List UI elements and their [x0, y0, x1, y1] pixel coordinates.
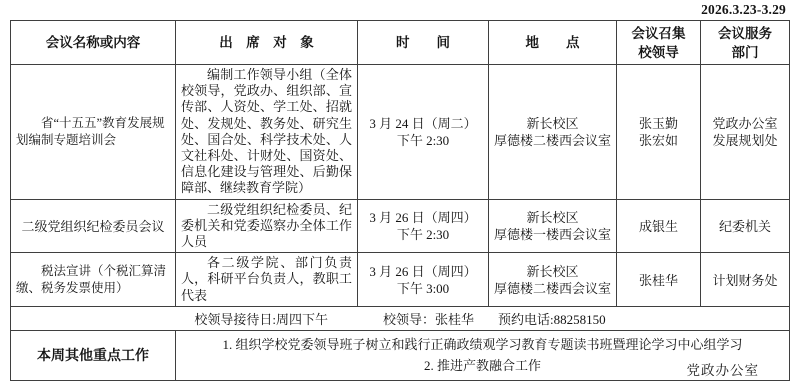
- service-dept-1: 党政办公室: [706, 115, 784, 132]
- time-cell: 3 月 26 日（周四） 下午 3:00: [358, 253, 489, 307]
- leader-name-1: 张玉勤: [622, 115, 695, 132]
- reception-day-row: 校领导接待日:周四下午校领导：张桂华预约电话:88258150: [11, 306, 790, 330]
- header-service-dept-line1: 会议服务: [706, 24, 784, 43]
- service-dept-2: 发展规划处: [706, 132, 784, 149]
- header-attendees: 出 席 对 象: [176, 21, 358, 65]
- header-time: 时 间: [358, 21, 489, 65]
- attendees-cell: 二级党组织纪检委员、纪委机关和党委巡察办全体工作人员: [176, 199, 358, 253]
- leader-name-2: 张宏如: [622, 132, 695, 149]
- reception-phone-text: 预约电话:88258150: [498, 312, 606, 327]
- meeting-row-3: 税法宣讲（个税汇算清缴、税务发票使用） 各二级学院、部门负责人，科研平台负责人，…: [11, 253, 790, 307]
- attendees-text: 编制工作领导小组（全体校领导，党政办、组织部、宣传部、人资处、学工处、招就处、发…: [181, 67, 352, 197]
- header-meeting-name: 会议名称或内容: [11, 21, 176, 65]
- meeting-name-cell: 二级党组织纪检委员会议: [11, 199, 176, 253]
- place-campus: 新长校区: [494, 263, 611, 280]
- time-hour: 下午 2:30: [363, 132, 483, 149]
- weekly-meeting-schedule-page: 2026.3.23-3.29 会议名称或内容 出 席 对 象 时 间 地 点 会…: [0, 0, 799, 382]
- header-service-dept: 会议服务 部门: [701, 21, 790, 65]
- header-convening-leader-line1: 会议召集: [622, 24, 695, 43]
- table-header-row: 会议名称或内容 出 席 对 象 时 间 地 点 会议召集 校领导 会议服务 部门: [11, 21, 790, 65]
- time-date: 3 月 24 日（周二）: [363, 115, 483, 132]
- week-date-range: 2026.3.23-3.29: [701, 2, 786, 18]
- leader-name-1: 成银生: [622, 216, 695, 235]
- other-key-work-label: 本周其他重点工作: [16, 345, 170, 365]
- other-key-work-item-1: 1. 组织学校党委领导班子树立和践行正确政绩观学习教育专题读书班暨理论学习中心组…: [181, 334, 784, 355]
- attendees-text: 二级党组织纪检委员、纪委机关和党委巡察办全体工作人员: [181, 202, 352, 251]
- leader-cell: 张桂华: [617, 253, 701, 307]
- issuing-office-signature: 党政办公室: [687, 359, 760, 379]
- service-dept-cell: 计划财务处: [701, 253, 790, 307]
- place-campus: 新长校区: [494, 115, 611, 132]
- meeting-row-1: 省“十五五”教育发展规划编制专题培训会 编制工作领导小组（全体校领导，党政办、组…: [11, 65, 790, 200]
- other-key-work-label-cell: 本周其他重点工作: [11, 330, 176, 380]
- meeting-name-text: 税法宣讲（个税汇算清缴、税务发票使用）: [16, 263, 170, 297]
- meeting-name-cell: 税法宣讲（个税汇算清缴、税务发票使用）: [11, 253, 176, 307]
- service-dept-1: 计划财务处: [706, 270, 784, 289]
- place-cell: 新长校区 厚德楼一楼西会议室: [489, 199, 617, 253]
- reception-leader-text: 校领导：张桂华: [383, 312, 474, 327]
- service-dept-cell: 党政办公室 发展规划处: [701, 65, 790, 200]
- leader-name-1: 张桂华: [622, 270, 695, 289]
- meeting-name-text: 二级党组织纪检委员会议: [16, 216, 170, 235]
- service-dept-1: 纪委机关: [706, 216, 784, 235]
- place-cell: 新长校区 厚德楼二楼西会议室: [489, 253, 617, 307]
- header-convening-leader: 会议召集 校领导: [617, 21, 701, 65]
- time-date: 3 月 26 日（周四）: [363, 263, 483, 280]
- meeting-name-cell: 省“十五五”教育发展规划编制专题培训会: [11, 65, 176, 200]
- leader-cell: 成银生: [617, 199, 701, 253]
- time-date: 3 月 26 日（周四）: [363, 209, 483, 226]
- header-place: 地 点: [489, 21, 617, 65]
- other-key-work-row: 本周其他重点工作 1. 组织学校党委领导班子树立和践行正确政绩观学习教育专题读书…: [11, 330, 790, 380]
- meeting-row-2: 二级党组织纪检委员会议 二级党组织纪检委员、纪委机关和党委巡察办全体工作人员 3…: [11, 199, 790, 253]
- attendees-cell: 编制工作领导小组（全体校领导，党政办、组织部、宣传部、人资处、学工处、招就处、发…: [176, 65, 358, 200]
- place-room: 厚德楼一楼西会议室: [494, 226, 611, 243]
- time-cell: 3 月 24 日（周二） 下午 2:30: [358, 65, 489, 200]
- leader-cell: 张玉勤 张宏如: [617, 65, 701, 200]
- reception-day-cell: 校领导接待日:周四下午校领导：张桂华预约电话:88258150: [11, 306, 790, 330]
- meeting-name-text: 省“十五五”教育发展规划编制专题培训会: [16, 115, 170, 149]
- reception-day-text: 校领导接待日:周四下午: [194, 312, 328, 327]
- header-service-dept-line2: 部门: [706, 43, 784, 62]
- time-cell: 3 月 26 日（周四） 下午 2:30: [358, 199, 489, 253]
- place-campus: 新长校区: [494, 209, 611, 226]
- place-cell: 新长校区 厚德楼二楼西会议室: [489, 65, 617, 200]
- meeting-schedule-table: 会议名称或内容 出 席 对 象 时 间 地 点 会议召集 校领导 会议服务 部门…: [10, 20, 790, 381]
- attendees-cell: 各二级学院、部门负责人，科研平台负责人，教职工代表: [176, 253, 358, 307]
- place-room: 厚德楼二楼西会议室: [494, 132, 611, 149]
- attendees-text: 各二级学院、部门负责人，科研平台负责人，教职工代表: [181, 255, 352, 304]
- time-hour: 下午 2:30: [363, 226, 483, 243]
- header-convening-leader-line2: 校领导: [622, 43, 695, 62]
- time-hour: 下午 3:00: [363, 280, 483, 297]
- service-dept-cell: 纪委机关: [701, 199, 790, 253]
- place-room: 厚德楼二楼西会议室: [494, 280, 611, 297]
